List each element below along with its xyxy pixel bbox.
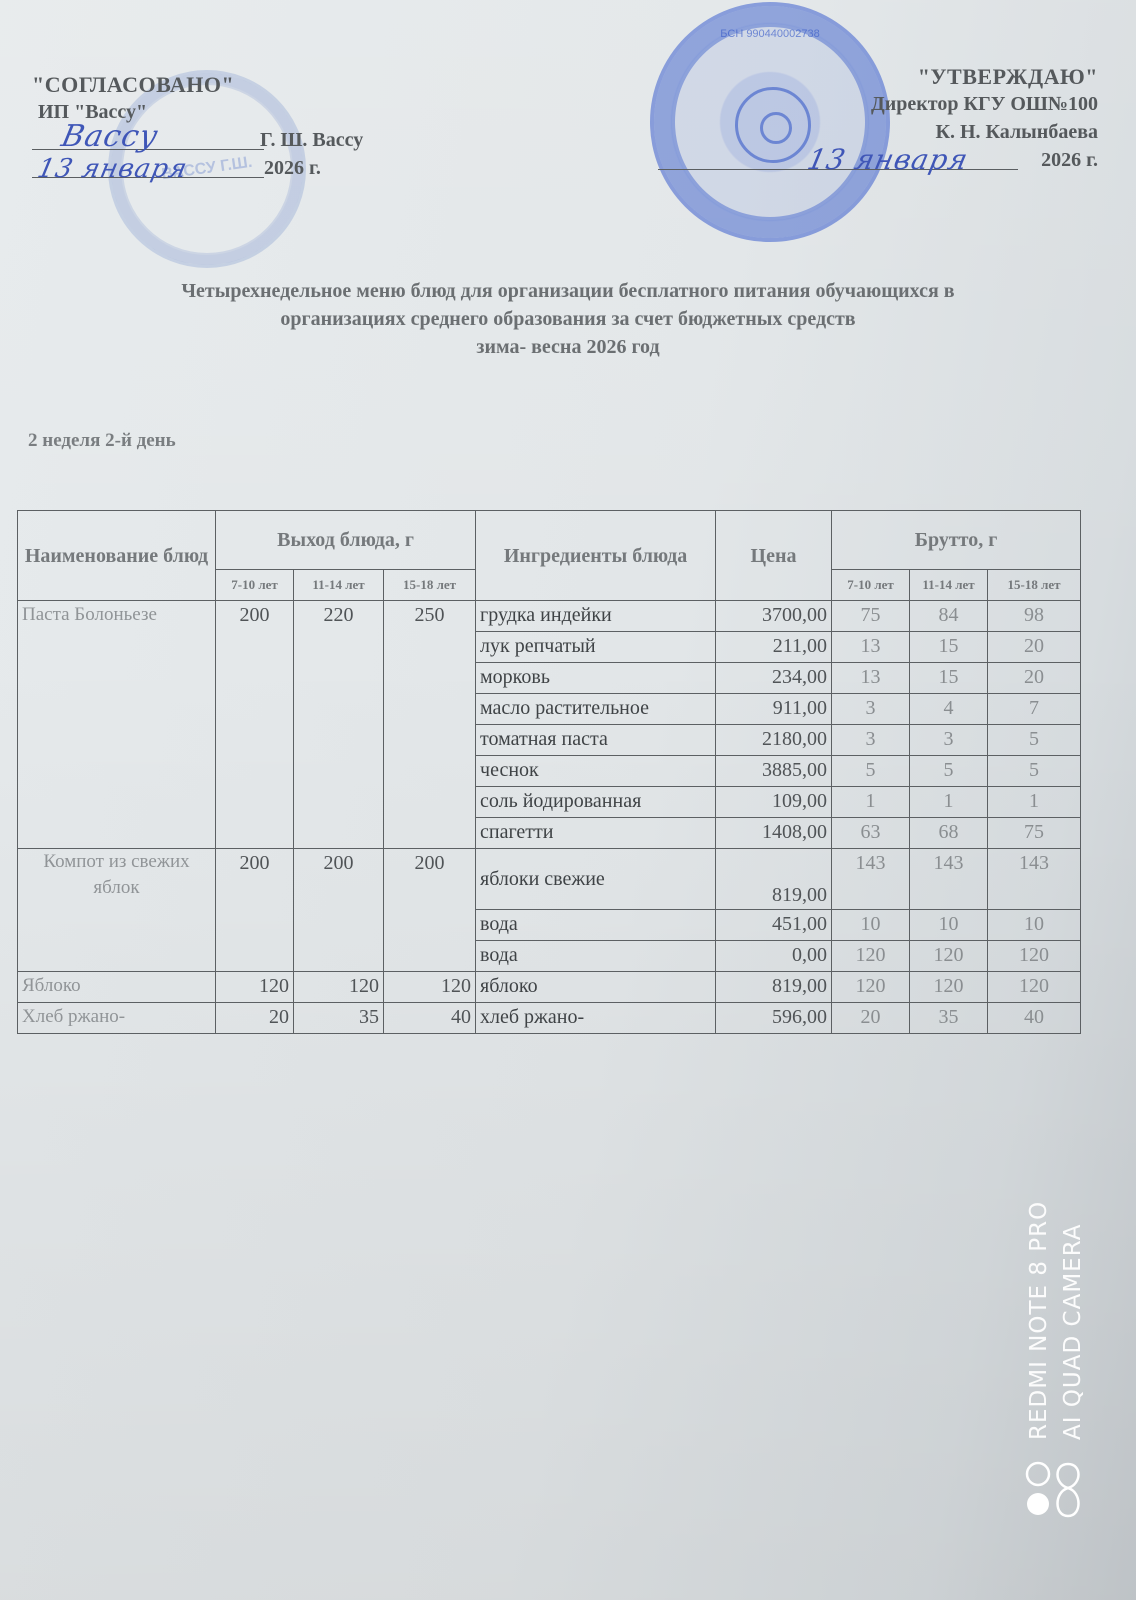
- header-gross-age-2: 11-14 лет: [910, 570, 988, 601]
- gross-7-10: 5: [832, 756, 910, 787]
- gross-11-14: 1: [910, 787, 988, 818]
- ingredient-price: 211,00: [716, 632, 832, 663]
- header-gross-age-3: 15-18 лет: [988, 570, 1081, 601]
- ingredient-name: вода: [476, 941, 716, 972]
- signature-row: Вассу Г. Ш. Вассу: [32, 126, 392, 154]
- gross-15-18: 5: [988, 756, 1081, 787]
- gross-7-10: 3: [832, 694, 910, 725]
- gross-7-10: 120: [832, 941, 910, 972]
- title-line-2: организациях среднего образования за сче…: [40, 305, 1096, 333]
- director-position: Директор КГУ ОШ№100: [658, 90, 1098, 118]
- camera-lens-logo-icon: [1024, 1460, 1094, 1530]
- table-row: Паста Болоньезе 200 220 250 грудка индей…: [18, 601, 1081, 632]
- dish-yield-7-10: 20: [216, 1003, 294, 1034]
- right-stamp-text: БСН 990440002738: [720, 28, 819, 40]
- gross-7-10: 10: [832, 910, 910, 941]
- gross-11-14: 120: [910, 941, 988, 972]
- gross-11-14: 15: [910, 632, 988, 663]
- gross-11-14: 15: [910, 663, 988, 694]
- ingredient-price: 0,00: [716, 941, 832, 972]
- gross-11-14: 143: [910, 849, 988, 910]
- ingredient-name: масло растительное: [476, 694, 716, 725]
- gross-11-14: 120: [910, 972, 988, 1003]
- gross-7-10: 20: [832, 1003, 910, 1034]
- header-yield: Выход блюда, г: [216, 511, 476, 570]
- date-row: 13 января 2026 г.: [32, 154, 392, 182]
- ingredient-price: 596,00: [716, 1003, 832, 1034]
- approval-agreed-block: "СОГЛАСОВАНО" ИП "Вассу" Вассу Г. Ш. Вас…: [32, 72, 392, 182]
- dish-yield-11-14: 200: [294, 849, 384, 972]
- header-gross: Брутто, г: [832, 511, 1081, 570]
- ingredient-name: томатная паста: [476, 725, 716, 756]
- gross-15-18: 120: [988, 941, 1081, 972]
- header-price: Цена: [716, 511, 832, 601]
- dish-name: Паста Болоньезе: [18, 601, 216, 849]
- gross-15-18: 1: [988, 787, 1081, 818]
- week-day-label: 2 неделя 2-й день: [28, 430, 176, 452]
- gross-15-18: 143: [988, 849, 1081, 910]
- gross-15-18: 40: [988, 1003, 1081, 1034]
- header-dish-name: Наименование блюд: [18, 511, 216, 601]
- approval-year: 2026 г.: [264, 157, 321, 180]
- gross-15-18: 75: [988, 818, 1081, 849]
- camera-watermark-text: REDMI NOTE 8 PRO AI QUAD CAMERA: [1022, 1080, 1092, 1440]
- gross-15-18: 7: [988, 694, 1081, 725]
- ingredient-price: 819,00: [716, 849, 832, 910]
- dish-yield-7-10: 200: [216, 601, 294, 849]
- ingredient-price: 819,00: [716, 972, 832, 1003]
- handwritten-date: 13 января: [35, 154, 191, 184]
- gross-15-18: 120: [988, 972, 1081, 1003]
- ingredient-price: 109,00: [716, 787, 832, 818]
- ingredient-price: 1408,00: [716, 818, 832, 849]
- header-yield-age-2: 11-14 лет: [294, 570, 384, 601]
- gross-7-10: 143: [832, 849, 910, 910]
- approval-approved-title: "УТВЕРЖДАЮ": [658, 64, 1098, 90]
- dish-yield-11-14: 120: [294, 972, 384, 1003]
- ingredient-price: 911,00: [716, 694, 832, 725]
- dish-yield-15-18: 250: [384, 601, 476, 849]
- dish-name: Хлеб ржано-: [18, 1003, 216, 1034]
- ingredient-name: вода: [476, 910, 716, 941]
- camera-watermark: REDMI NOTE 8 PRO AI QUAD CAMERA: [1022, 1190, 1092, 1550]
- ingredient-name: лук репчатый: [476, 632, 716, 663]
- ingredient-price: 2180,00: [716, 725, 832, 756]
- handwritten-approval-date: 13 января: [804, 143, 971, 176]
- dish-yield-11-14: 35: [294, 1003, 384, 1034]
- menu-table: Наименование блюд Выход блюда, г Ингреди…: [17, 510, 1081, 1034]
- gross-11-14: 68: [910, 818, 988, 849]
- gross-15-18: 98: [988, 601, 1081, 632]
- dish-yield-15-18: 40: [384, 1003, 476, 1034]
- gross-11-14: 5: [910, 756, 988, 787]
- ingredient-price: 3885,00: [716, 756, 832, 787]
- document-title: Четырехнедельное меню блюд для организац…: [40, 277, 1096, 361]
- title-line-3: зима- весна 2026 год: [40, 333, 1096, 361]
- ingredient-price: 451,00: [716, 910, 832, 941]
- ingredient-name: соль йодированная: [476, 787, 716, 818]
- gross-7-10: 75: [832, 601, 910, 632]
- dish-yield-15-18: 200: [384, 849, 476, 972]
- ingredient-name: спагетти: [476, 818, 716, 849]
- ingredient-price: 3700,00: [716, 601, 832, 632]
- director-name: К. Н. Калынбаева: [658, 118, 1098, 146]
- title-line-1: Четырехнедельное меню блюд для организац…: [40, 277, 1096, 305]
- approval-year: 2026 г.: [1041, 149, 1098, 172]
- table-row: Яблоко 120 120 120 яблоко 819,00 120 120…: [18, 972, 1081, 1003]
- watermark-line-2: AI QUAD CAMERA: [1056, 1080, 1090, 1440]
- approval-date-row: 13 января 2026 г.: [658, 146, 1098, 174]
- header-ingredients: Ингредиенты блюда: [476, 511, 716, 601]
- gross-7-10: 63: [832, 818, 910, 849]
- gross-11-14: 4: [910, 694, 988, 725]
- header-row: Наименование блюд Выход блюда, г Ингреди…: [18, 511, 1081, 570]
- header-yield-age-1: 7-10 лет: [216, 570, 294, 601]
- header-gross-age-1: 7-10 лет: [832, 570, 910, 601]
- dish-yield-7-10: 200: [216, 849, 294, 972]
- gross-11-14: 84: [910, 601, 988, 632]
- header-yield-age-3: 15-18 лет: [384, 570, 476, 601]
- dish-name: Компот из свежих яблок: [18, 849, 216, 972]
- ingredient-name: чеснок: [476, 756, 716, 787]
- watermark-line-1: REDMI NOTE 8 PRO: [1022, 1080, 1056, 1440]
- gross-7-10: 1: [832, 787, 910, 818]
- gross-15-18: 20: [988, 632, 1081, 663]
- approval-approved-block: "УТВЕРЖДАЮ" Директор КГУ ОШ№100 К. Н. Ка…: [658, 64, 1098, 174]
- dish-yield-11-14: 220: [294, 601, 384, 849]
- gross-7-10: 13: [832, 663, 910, 694]
- table-row: Компот из свежих яблок 200 200 200 яблок…: [18, 849, 1081, 910]
- ingredient-name: морковь: [476, 663, 716, 694]
- approval-agreed-title: "СОГЛАСОВАНО": [32, 72, 392, 98]
- dish-yield-7-10: 120: [216, 972, 294, 1003]
- gross-15-18: 20: [988, 663, 1081, 694]
- gross-11-14: 35: [910, 1003, 988, 1034]
- gross-15-18: 10: [988, 910, 1081, 941]
- handwritten-signature: Вассу: [58, 119, 161, 154]
- table-row: Хлеб ржано- 20 35 40 хлеб ржано- 596,00 …: [18, 1003, 1081, 1034]
- gross-7-10: 13: [832, 632, 910, 663]
- ingredient-name: грудка индейки: [476, 601, 716, 632]
- ingredient-price: 234,00: [716, 663, 832, 694]
- ingredient-name: яблоки свежие: [476, 849, 716, 910]
- ingredient-name: хлеб ржано-: [476, 1003, 716, 1034]
- gross-11-14: 10: [910, 910, 988, 941]
- ingredient-name: яблоко: [476, 972, 716, 1003]
- dish-name: Яблоко: [18, 972, 216, 1003]
- dish-yield-15-18: 120: [384, 972, 476, 1003]
- gross-7-10: 120: [832, 972, 910, 1003]
- gross-7-10: 3: [832, 725, 910, 756]
- gross-11-14: 3: [910, 725, 988, 756]
- signer-name: Г. Ш. Вассу: [260, 129, 363, 152]
- gross-15-18: 5: [988, 725, 1081, 756]
